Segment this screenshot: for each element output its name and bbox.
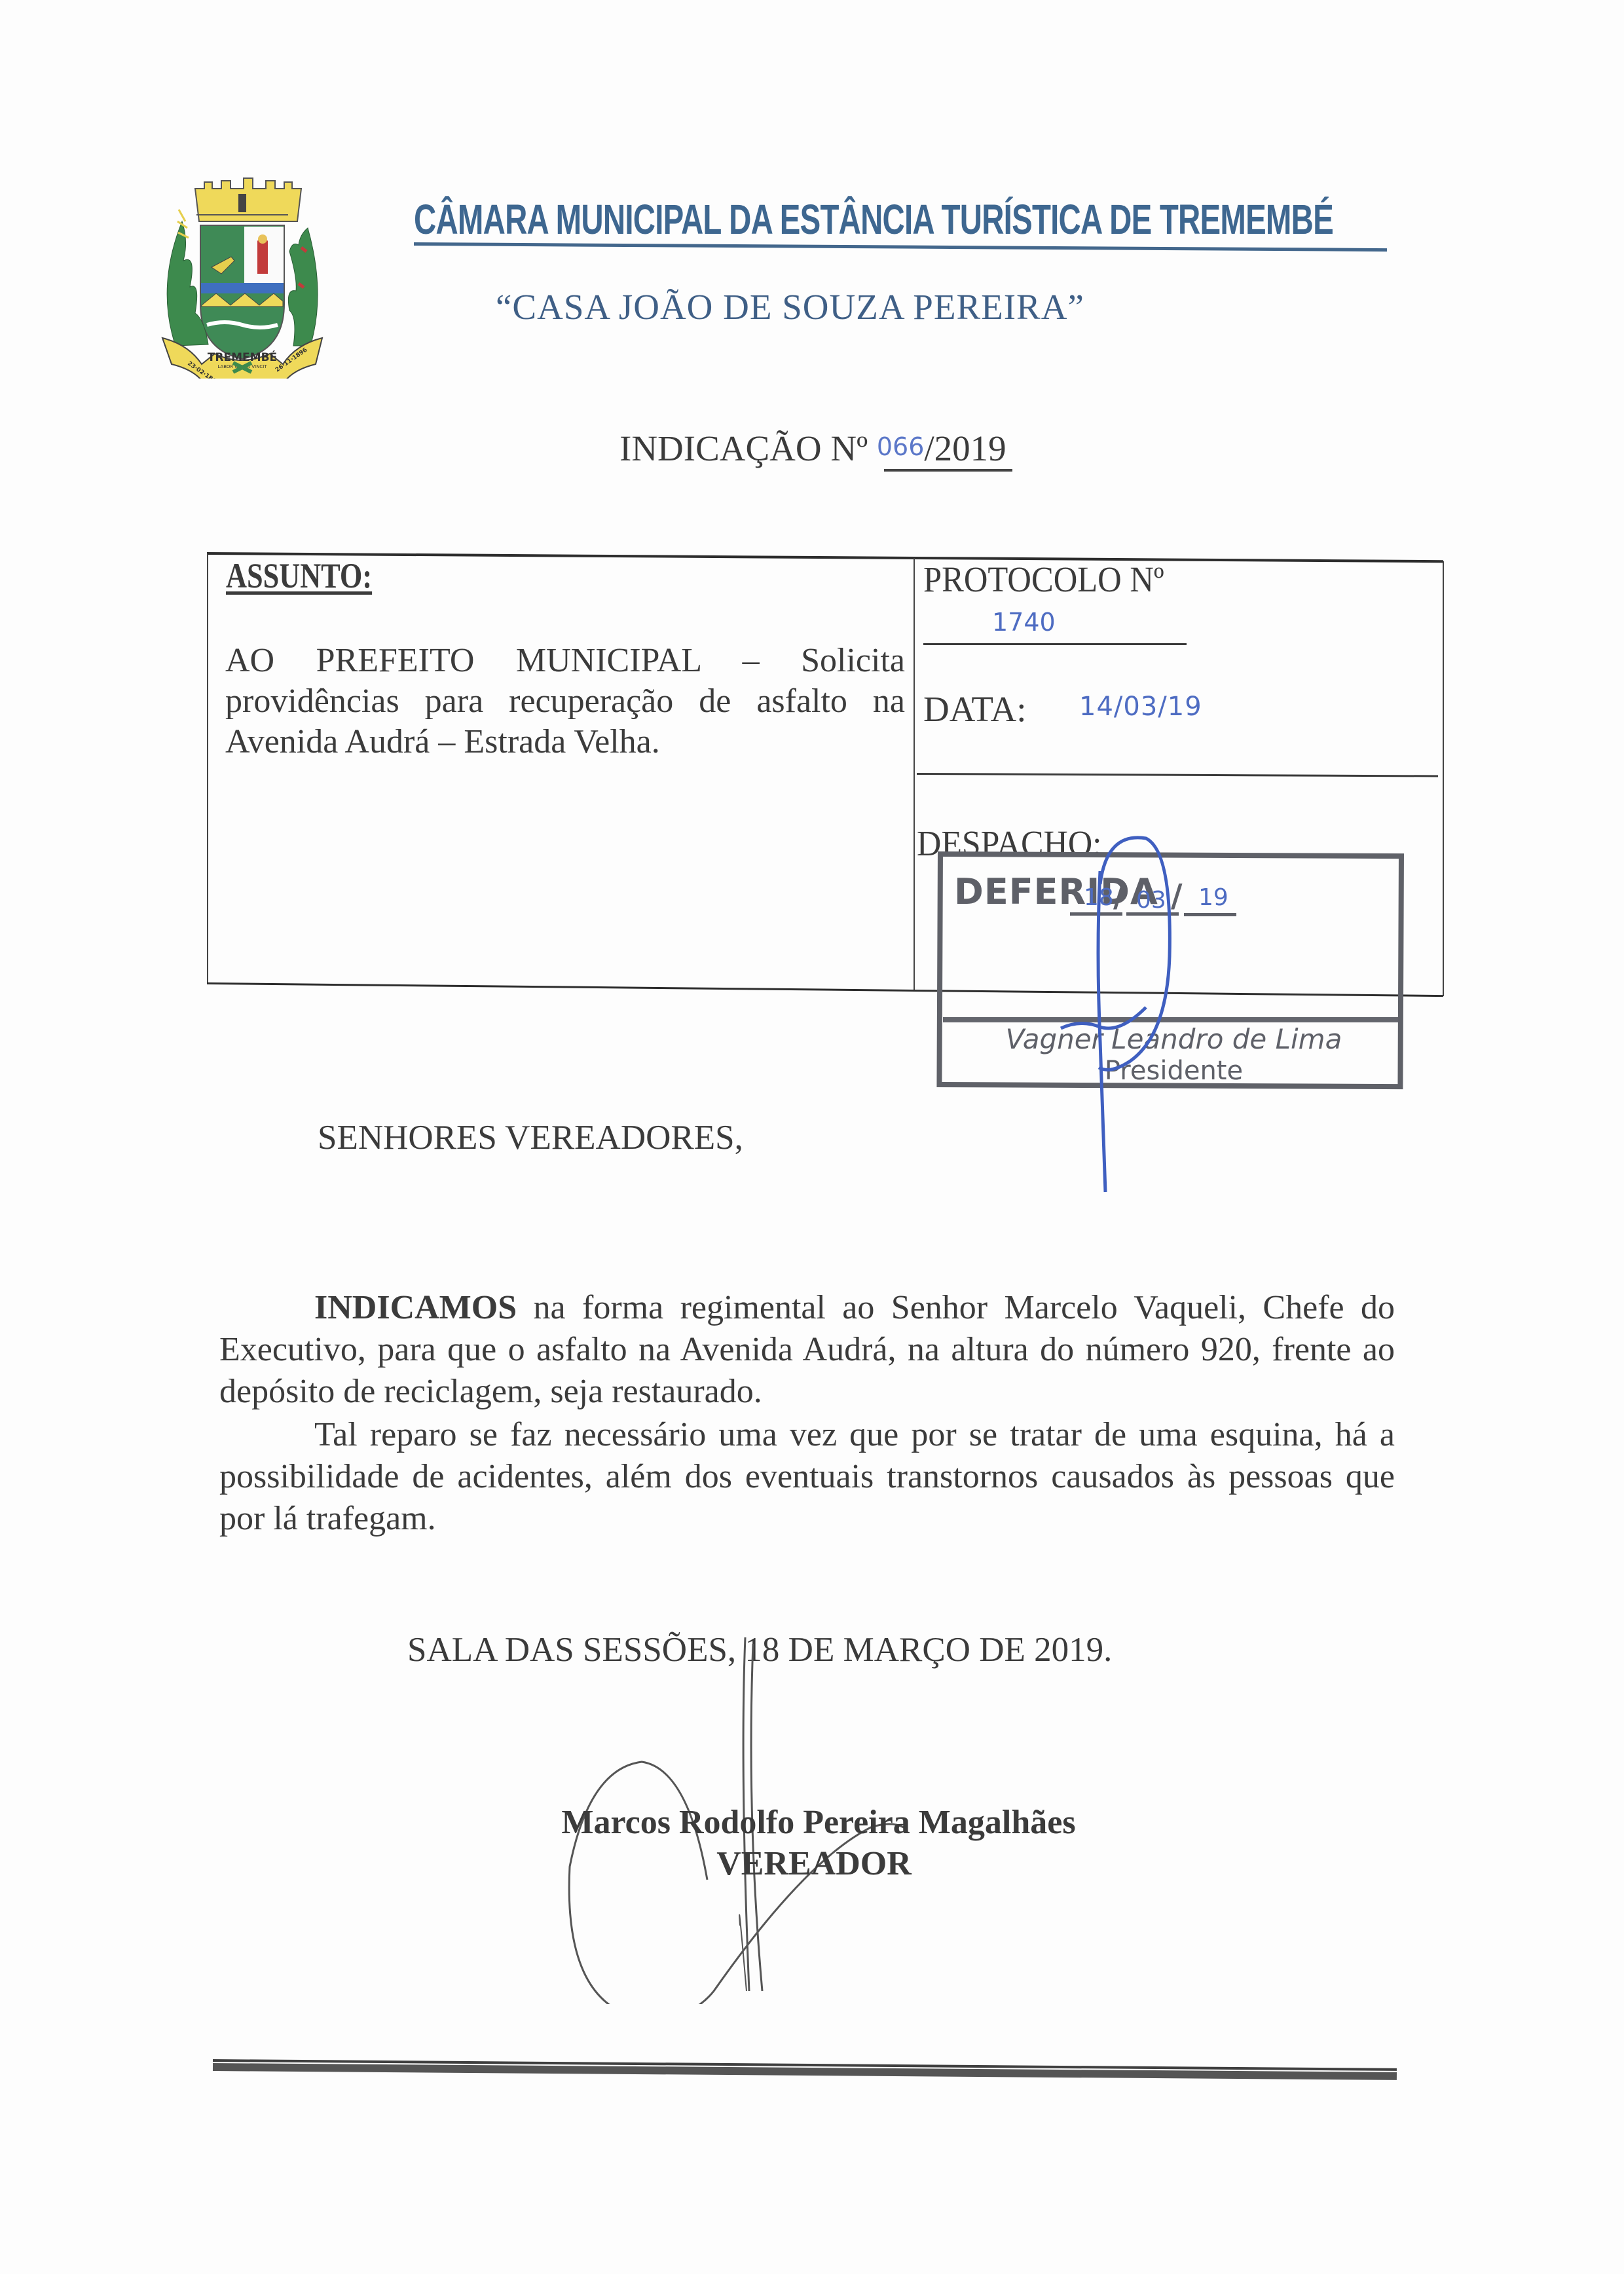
data-value-handwritten: 14/03/19: [1079, 692, 1202, 722]
title-underline: [414, 242, 1387, 252]
signer-name: Marcos Rodolfo Pereira Magalhães: [0, 1802, 1624, 1843]
body-paragraph: INDICAMOS na forma regimental ao Senhor …: [219, 1287, 1395, 1413]
indicacao-title: INDICAÇÃO Nº 066/2019: [619, 427, 1006, 474]
protocolo-label: PROTOCOLO Nº: [923, 558, 1164, 601]
indicacao-number-handwritten: 066: [877, 425, 925, 468]
box-border-top: [207, 552, 1443, 563]
municipal-coat-of-arms-icon: TREMEMBÉ LABOR OMNIA VINCIT 23·02·1866 2…: [149, 176, 336, 379]
protocolo-field-line: [923, 643, 1187, 645]
box-divider: [913, 558, 915, 990]
protocolo-value-handwritten: 1740: [992, 608, 1056, 637]
paragraph-text: Tal reparo se faz necessário uma vez que…: [219, 1416, 1395, 1537]
indicacao-year: /2019: [924, 428, 1006, 468]
indicacao-prefix: INDICAÇÃO Nº: [619, 428, 868, 468]
signer-role: VEREADOR: [0, 1844, 1624, 1884]
institution-title: CÂMARA MUNICIPAL DA ESTÂNCIA TURÍSTICA D…: [414, 196, 1136, 242]
data-separator-line: [917, 773, 1438, 777]
assunto-text: AO PREFEITO MUNICIPAL – Solicita providê…: [225, 641, 905, 762]
svg-text:TREMEMBÉ: TREMEMBÉ: [208, 350, 277, 364]
salutation: SENHORES VEREADORES,: [318, 1117, 743, 1159]
body-paragraph: Tal reparo se faz necessário uma vez que…: [219, 1414, 1395, 1540]
data-label: DATA:: [923, 688, 1027, 731]
mural-crown-icon: [195, 178, 301, 221]
indicacao-number-underline: [884, 469, 1012, 472]
assunto-label: ASSUNTO:: [226, 555, 372, 596]
paragraph-lead-word: INDICAMOS: [314, 1289, 517, 1326]
president-signature-icon: [1022, 819, 1218, 1212]
box-border-right: [1443, 561, 1444, 996]
box-border-left: [207, 553, 208, 984]
institution-subtitle: “CASA JOÃO DE SOUZA PEREIRA”: [496, 286, 1084, 329]
